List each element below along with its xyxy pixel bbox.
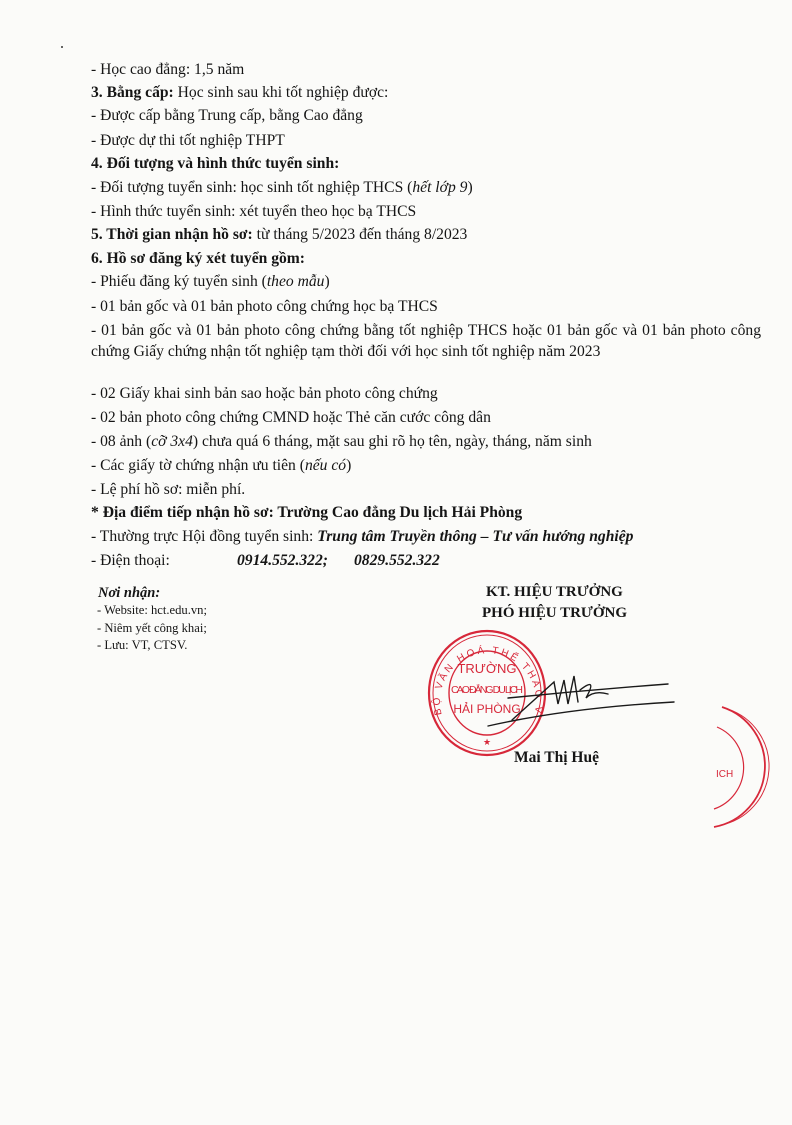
doc-item-id-card: - 02 bản photo công chứng CMND hoặc Thẻ … [91,408,491,428]
recipient-item: - Niêm yết công khai; [97,621,207,636]
form-text: - Phiếu đăng ký tuyển sinh ( [91,273,267,290]
recipient-item: - Website: hct.edu.vn; [97,603,207,618]
target-italic: hết lớp 9 [412,179,467,196]
doc-item-form: - Phiếu đăng ký tuyển sinh (theo mẫu) [91,272,330,292]
doc-item-fee: - Lệ phí hồ sơ: miễn phí. [91,480,245,500]
form-close: ) [324,273,329,290]
phone-label: - Điện thoại: [91,552,170,569]
study-duration-line: - Học cao đẳng: 1,5 năm [91,60,244,80]
document-page: - Học cao đẳng: 1,5 năm 3. Bằng cấp: Học… [0,0,792,1125]
signer-name: Mai Thị Huệ [514,749,599,767]
phone-number-2: 0829.552.322 [354,551,440,571]
doc-item-transcript: - 01 bản gốc và 01 bản photo công chứng … [91,297,438,317]
degree-line-2: - Được dự thi tốt nghiệp THPT [91,131,285,151]
signer-title-2: PHÓ HIỆU TRƯỞNG [482,605,627,622]
doc-item-priority: - Các giấy tờ chứng nhận ưu tiên (nếu có… [91,456,351,476]
photos-text: - 08 ảnh ( [91,433,151,450]
section-3-title: 3. Bằng cấp: [91,84,174,101]
phone-number-1: 0914.552.322; [237,551,328,571]
handwritten-signature-icon [468,664,678,734]
section-5-heading: 5. Thời gian nhận hồ sơ: từ tháng 5/2023… [91,225,467,245]
standing-committee-line: - Thường trực Hội đồng tuyển sinh: Trung… [91,527,633,547]
priority-italic: nếu có [305,457,346,474]
priority-text: - Các giấy tờ chứng nhận ưu tiên ( [91,457,305,474]
section-5-title: 5. Thời gian nhận hồ sơ: [91,226,253,243]
section-3-heading: 3. Bằng cấp: Học sinh sau khi tốt nghiệp… [91,83,388,103]
target-line: - Đối tượng tuyển sinh: học sinh tốt ngh… [91,178,473,198]
location-line: * Địa điểm tiếp nhận hồ sơ: Trường Cao đ… [91,503,522,523]
degree-line-1: - Được cấp bằng Trung cấp, bằng Cao đẳng [91,106,363,126]
partial-seal-icon: ICH [712,705,792,830]
doc-item-birth-cert: - 02 Giấy khai sinh bản sao hoặc bản pho… [91,384,438,404]
standing-center: Trung tâm Truyền thông – Tư vấn hướng ng… [317,528,633,545]
method-line: - Hình thức tuyển sinh: xét tuyển theo h… [91,202,416,222]
doc-item-photos: - 08 ảnh (cỡ 3x4) chưa quá 6 tháng, mặt … [91,432,592,452]
recipient-item: - Lưu: VT, CTSV. [97,638,187,653]
section-5-text: từ tháng 5/2023 đến tháng 8/2023 [253,226,468,243]
target-close: ) [467,179,472,196]
signer-title-1: KT. HIỆU TRƯỞNG [486,584,623,601]
svg-text:ICH: ICH [716,769,733,780]
priority-close: ) [346,457,351,474]
standing-text: - Thường trực Hội đồng tuyển sinh: [91,528,317,545]
target-text: - Đối tượng tuyển sinh: học sinh tốt ngh… [91,179,412,196]
photos-italic: cỡ 3x4 [151,433,193,450]
form-italic: theo mẫu [267,273,325,290]
recipients-title: Nơi nhận: [98,585,160,602]
photos-rest: ) chưa quá 6 tháng, mặt sau ghi rõ họ tê… [193,433,592,450]
section-6-heading: 6. Hồ sơ đăng ký xét tuyển gồm: [91,249,305,269]
doc-item-diploma: - 01 bản gốc và 01 bản photo công chứng … [91,320,761,362]
section-4-heading: 4. Đối tượng và hình thức tuyển sinh: [91,154,339,174]
section-3-text: Học sinh sau khi tốt nghiệp được: [174,84,389,101]
scan-speck [61,46,63,48]
seal-star: ★ [483,737,491,747]
phone-line: - Điện thoại:0914.552.322;0829.552.322 [91,551,170,571]
